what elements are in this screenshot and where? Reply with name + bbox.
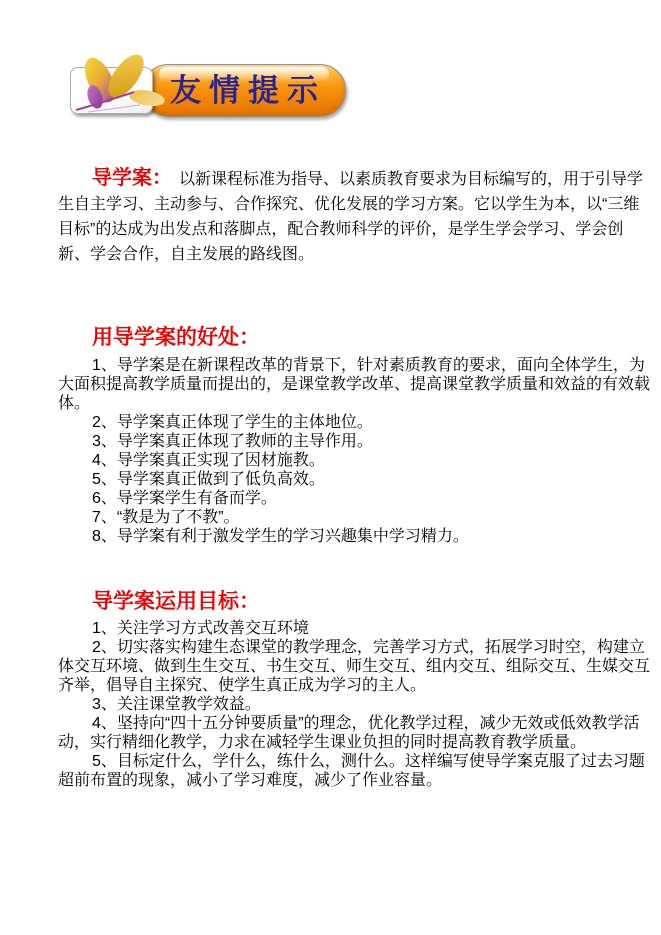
document-page: 友情提示 — [0, 0, 661, 935]
list-item: 2、切实落实构建生态课堂的教学理念，完善学习方式，拓展学习时空，构建立体交互环境… — [58, 638, 652, 695]
intro-paragraph: 导学案：以新课程标准为指导、以素质教育要求为目标编写的，用于引导学生自主学习、主… — [58, 166, 650, 267]
goals-list: 1、关注学习方式改善交互环境 2、切实落实构建生态课堂的教学理念，完善学习方式，… — [58, 619, 652, 790]
list-item: 4、导学案真正实现了因材施教。 — [58, 451, 652, 470]
butterfly-icon — [60, 52, 172, 118]
list-item: 1、导学案是在新课程改革的背景下，针对素质教育的要求，面向全体学生，为大面积提高… — [58, 356, 652, 413]
list-item: 4、坚持向“四十五分钟要质量”的理念，优化教学过程，减少无效或低效教学活动，实行… — [58, 714, 652, 752]
list-item: 5、导学案真正做到了低负高效。 — [58, 470, 652, 489]
banner-title: 友情提示 — [162, 75, 326, 106]
list-item: 3、关注课堂教学效益。 — [58, 695, 652, 714]
list-item: 1、关注学习方式改善交互环境 — [58, 619, 652, 638]
list-item: 8、导学案有利于激发学生的学习兴趣集中学习精力。 — [58, 527, 652, 546]
intro-label: 导学案： — [92, 167, 172, 189]
list-item: 7、“教是为了不教”。 — [58, 508, 652, 527]
section-heading-goals: 导学案运用目标： — [92, 589, 260, 615]
benefits-list: 1、导学案是在新课程改革的背景下，针对素质教育的要求，面向全体学生，为大面积提高… — [58, 356, 652, 546]
list-item: 2、导学案真正体现了学生的主体地位。 — [58, 413, 652, 432]
title-banner: 友情提示 — [142, 64, 346, 117]
list-item: 5、目标定什么，学什么，练什么，测什么。这样编写使导学案克服了过去习题超前布置的… — [58, 752, 652, 790]
list-item: 3、导学案真正体现了教师的主导作用。 — [58, 432, 652, 451]
section-heading-benefits: 用导学案的好处： — [92, 325, 260, 351]
list-item: 6、导学案学生有备而学。 — [58, 489, 652, 508]
